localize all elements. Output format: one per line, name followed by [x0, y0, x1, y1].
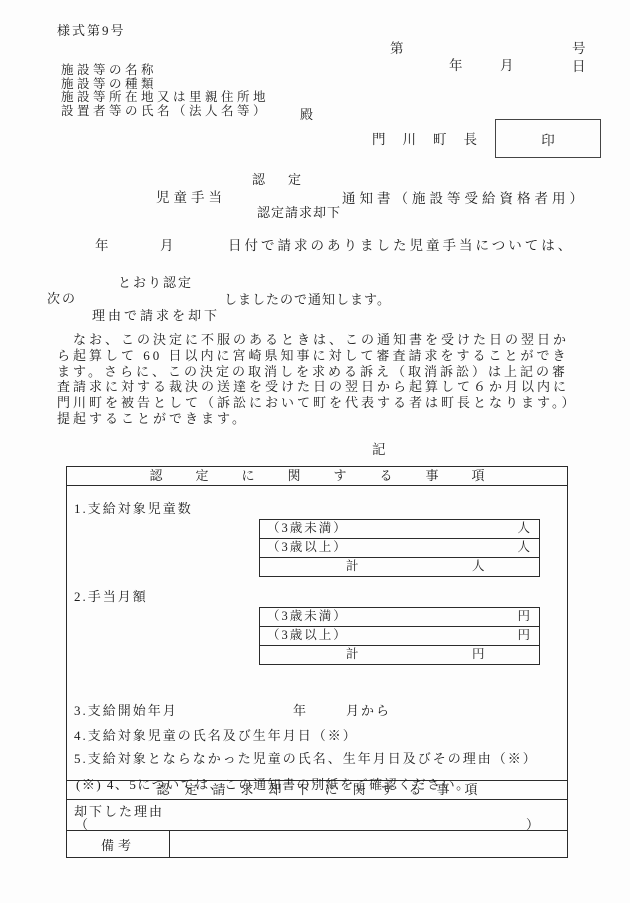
- seal-box: 印: [495, 119, 601, 158]
- item-start-month: 3.支給開始年月 年 月から: [74, 700, 504, 719]
- table-row-total: 計 人: [260, 558, 539, 576]
- item-ineligible-children: 5.支給対象とならなかった児童の氏名、生年月日及びその理由（※）: [74, 748, 538, 767]
- attachment-note: (※) 4、5については、この通知書の別紙をご確認ください。: [76, 774, 471, 793]
- seal-mark: 印: [541, 129, 555, 149]
- recipient-labels: 施設等の名称 施設等の種類 施設等所在地又は里親住所地 設置者等の氏名（法人名等…: [61, 64, 269, 118]
- facility-address-label: 施設等所在地又は里親住所地: [61, 91, 269, 105]
- dono-honorific: 殿: [300, 104, 313, 123]
- title-suffix: 通知書（施設等受給資格者用）: [342, 187, 587, 207]
- paragraph-line: 査請求に対する裁決の送達を受けた日の翌日から起算して６か月以内に: [57, 379, 577, 395]
- mayor-title: 門川町長: [372, 128, 494, 148]
- intro-tail: しましたので通知します。: [224, 289, 391, 308]
- notification-document: 様式第9号 第 号 年 月 日 施設等の名称 施設等の種類 施設等所在地又は里親…: [0, 0, 630, 903]
- age-under3-label: （3歳未満）: [267, 608, 348, 625]
- unit-persons: 人: [517, 520, 530, 537]
- paragraph-line: 門川町を被告として（訴訟において町を代表する者は町長となります。）: [57, 395, 577, 411]
- age-under3-label: （3歳未満）: [267, 520, 348, 537]
- age-over3-label: （3歳以上）: [267, 627, 348, 644]
- certification-section-body: 1.支給対象児童数 （3歳未満） 人 （3歳以上） 人 計 人 2.手当月額: [67, 486, 567, 780]
- paragraph-line: なお、この決定に不服のあるときは、この通知書を受けた日の翌日か: [57, 332, 577, 348]
- intro-month: 月: [160, 234, 174, 254]
- doc-number-suffix: 号: [572, 37, 586, 57]
- table-row: （3歳以上） 円: [260, 627, 539, 646]
- remarks-label-cell: 備考: [67, 831, 170, 857]
- intro-rest: 日付で請求のありました児童手当については、: [228, 234, 574, 254]
- unit-yen: 円: [472, 646, 487, 663]
- paragraph-line: ます。さらに、この決定の取消しを求める訴え（取消訴訟）は上記の審: [57, 364, 577, 380]
- date-year-label: 年: [449, 54, 463, 74]
- date-month-label: 月: [500, 54, 514, 74]
- table-row: （3歳以上） 人: [260, 539, 539, 558]
- unit-yen: 円: [517, 627, 530, 644]
- certification-section-header: 認定に関する事項: [67, 467, 567, 486]
- age-over3-label: （3歳以上）: [267, 539, 348, 556]
- total-label: 計: [346, 558, 361, 575]
- intro-year: 年: [95, 234, 109, 254]
- child-count-table: （3歳未満） 人 （3歳以上） 人 計 人: [259, 519, 540, 577]
- unit-persons: 人: [472, 558, 487, 575]
- item-monthly-amount: 2.手当月額: [74, 586, 148, 605]
- rejection-reason-row: 却下した理由 （ ）: [67, 800, 567, 831]
- details-table: 認定に関する事項 1.支給対象児童数 （3歳未満） 人 （3歳以上） 人 計 人…: [66, 466, 568, 858]
- paragraph-line: 提起することができます。: [57, 411, 577, 427]
- form-number: 様式第9号: [57, 20, 126, 39]
- intro-option-approve: とおり認定: [118, 272, 193, 291]
- item-child-count: 1.支給対象児童数: [74, 498, 193, 517]
- facility-name-label: 施設等の名称: [61, 64, 269, 78]
- ki-marker: 記: [372, 438, 386, 458]
- total-label: 計: [346, 646, 361, 663]
- start-year-label: 年: [293, 700, 308, 719]
- table-row: （3歳未満） 円: [260, 608, 539, 627]
- title-option-approved: 認 定: [252, 169, 306, 188]
- remarks-row: 備考: [67, 831, 567, 857]
- intro-next-prefix: 次の: [47, 288, 77, 307]
- unit-yen: 円: [517, 608, 530, 625]
- paragraph-line: ら起算して 60 日以内に宮崎県知事に対して審査請求をすることができ: [57, 348, 577, 364]
- title-option-rejected: 認定請求却下: [257, 202, 341, 221]
- remarks-label: 備考: [101, 835, 135, 854]
- monthly-amount-table: （3歳未満） 円 （3歳以上） 円 計 円: [259, 607, 540, 665]
- founder-name-label: 設置者等の氏名（法人名等）: [61, 105, 269, 119]
- start-month-label: 3.支給開始年月: [74, 703, 178, 718]
- start-month-from-label: 月から: [346, 700, 391, 719]
- intro-option-reject: 理由で請求を却下: [92, 305, 220, 324]
- doc-number-prefix: 第: [390, 37, 404, 57]
- unit-persons: 人: [517, 539, 530, 556]
- table-row: （3歳未満） 人: [260, 520, 539, 539]
- title-prefix: 児童手当: [156, 186, 226, 206]
- date-day-label: 日: [572, 55, 586, 75]
- table-row-total: 計 円: [260, 646, 539, 664]
- appeal-paragraph: なお、この決定に不服のあるときは、この通知書を受けた日の翌日か ら起算して 60…: [57, 332, 577, 427]
- item-eligible-children: 4.支給対象児童の氏名及び生年月日（※）: [74, 725, 358, 744]
